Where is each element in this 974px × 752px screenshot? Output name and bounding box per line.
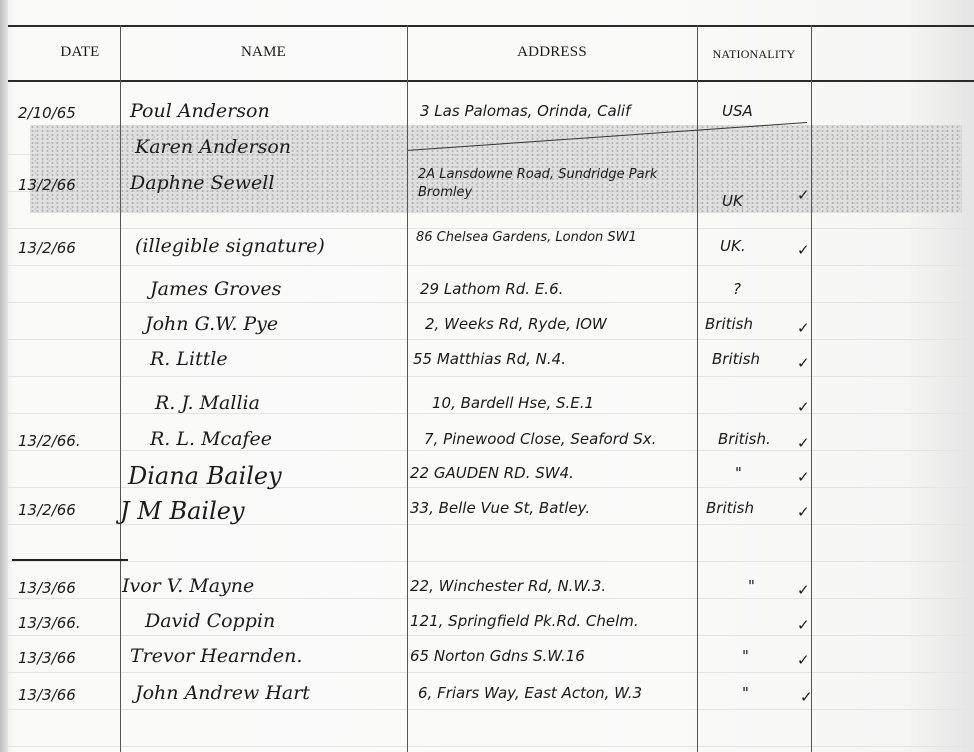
column-header-name: NAME bbox=[120, 44, 407, 61]
entry-nationality: ? bbox=[733, 280, 741, 298]
entry-name: J M Bailey bbox=[120, 497, 245, 525]
entry-name: Diana Bailey bbox=[128, 462, 282, 490]
entry-nationality: " bbox=[748, 577, 755, 595]
check-mark-icon: ✓ bbox=[797, 434, 810, 452]
column-divider bbox=[407, 25, 408, 752]
entry-address: 6, Friars Way, East Acton, W.3 bbox=[418, 684, 642, 702]
entry-nationality: British bbox=[706, 499, 754, 517]
entry-nationality: " bbox=[742, 647, 749, 665]
entry-nationality: USA bbox=[722, 102, 753, 120]
check-mark-icon: ✓ bbox=[797, 398, 810, 416]
entry-address: 86 Chelsea Gardens, London SW1 bbox=[416, 229, 656, 247]
check-mark-icon: ✓ bbox=[797, 468, 810, 486]
entry-name: James Groves bbox=[150, 278, 281, 300]
entry-name: Poul Anderson bbox=[130, 100, 270, 122]
entry-address: 10, Bardell Hse, S.E.1 bbox=[432, 394, 594, 412]
entry-name: John Andrew Hart bbox=[135, 682, 310, 704]
column-header-nationality: NATIONALITY bbox=[697, 47, 811, 62]
entry-address: 65 Norton Gdns S.W.16 bbox=[410, 647, 585, 665]
check-mark-icon: ✓ bbox=[797, 319, 810, 337]
check-mark-icon: ✓ bbox=[797, 651, 810, 669]
entry-name: Trevor Hearnden. bbox=[130, 645, 302, 667]
entry-address: 2, Weeks Rd, Ryde, IOW bbox=[425, 315, 607, 333]
entry-name: R. J. Mallia bbox=[155, 392, 260, 414]
column-divider bbox=[697, 25, 698, 752]
entry-nationality: " bbox=[742, 684, 749, 702]
header-top-rule bbox=[8, 25, 974, 27]
entry-nationality: UK bbox=[722, 192, 743, 210]
entry-date: 13/3/66. bbox=[18, 614, 81, 632]
binding-edge bbox=[0, 0, 8, 752]
entry-date: 13/2/66 bbox=[18, 176, 76, 194]
entry-address: 22 GAUDEN RD. SW4. bbox=[410, 464, 574, 482]
entry-date: 13/3/66 bbox=[18, 686, 76, 704]
entry-nationality: " bbox=[735, 464, 742, 482]
entry-date: 13/3/66 bbox=[18, 649, 76, 667]
entry-name: Ivor V. Mayne bbox=[122, 575, 254, 597]
check-mark-icon: ✓ bbox=[800, 688, 813, 706]
entry-date: 13/2/66 bbox=[18, 501, 76, 519]
check-mark-icon: ✓ bbox=[797, 241, 810, 259]
entry-address: 33, Belle Vue St, Batley. bbox=[410, 499, 590, 517]
column-divider bbox=[120, 25, 121, 752]
check-mark-icon: ✓ bbox=[797, 186, 810, 204]
entry-nationality: British bbox=[705, 315, 753, 333]
entry-address: 2A Lansdowne Road, Sundridge Park Bromle… bbox=[418, 166, 658, 202]
check-mark-icon: ✓ bbox=[797, 503, 810, 521]
column-header-date: DATE bbox=[40, 44, 120, 61]
entry-name: (illegible signature) bbox=[135, 235, 325, 257]
entry-date: 13/2/66. bbox=[18, 432, 81, 450]
check-mark-icon: ✓ bbox=[797, 354, 810, 372]
entry-nationality: British. bbox=[718, 430, 771, 448]
entry-address: 55 Matthias Rd, N.4. bbox=[413, 350, 566, 368]
register-page: DATE NAME ADDRESS NATIONALITY 2/10/65Pou… bbox=[0, 0, 974, 752]
entry-date: 2/10/65 bbox=[18, 104, 76, 122]
entry-name: John G.W. Pye bbox=[145, 313, 278, 335]
entry-name: R. Little bbox=[150, 348, 228, 370]
entry-name: Daphne Sewell bbox=[130, 172, 274, 194]
entry-date: 13/3/66 bbox=[18, 579, 76, 597]
column-divider bbox=[811, 25, 812, 752]
entry-address: 29 Lathom Rd. E.6. bbox=[420, 280, 563, 298]
entry-name: Karen Anderson bbox=[135, 136, 291, 158]
entry-address: 22, Winchester Rd, N.W.3. bbox=[410, 577, 606, 595]
entry-address: 121, Springfield Pk.Rd. Chelm. bbox=[410, 612, 639, 630]
column-header-address: ADDRESS bbox=[407, 44, 697, 61]
header-bottom-rule bbox=[8, 80, 974, 82]
entry-address: 3 Las Palomas, Orinda, Calif bbox=[420, 102, 630, 120]
entry-nationality: British bbox=[712, 350, 760, 368]
entry-address: 7, Pinewood Close, Seaford Sx. bbox=[424, 430, 656, 448]
entry-nationality: UK. bbox=[720, 237, 746, 255]
entry-name: David Coppin bbox=[145, 610, 275, 632]
entry-date: 13/2/66 bbox=[18, 239, 76, 257]
section-divider-rule bbox=[12, 559, 128, 561]
check-mark-icon: ✓ bbox=[797, 616, 810, 634]
entry-name: R. L. Mcafee bbox=[150, 428, 272, 450]
check-mark-icon: ✓ bbox=[797, 581, 810, 599]
